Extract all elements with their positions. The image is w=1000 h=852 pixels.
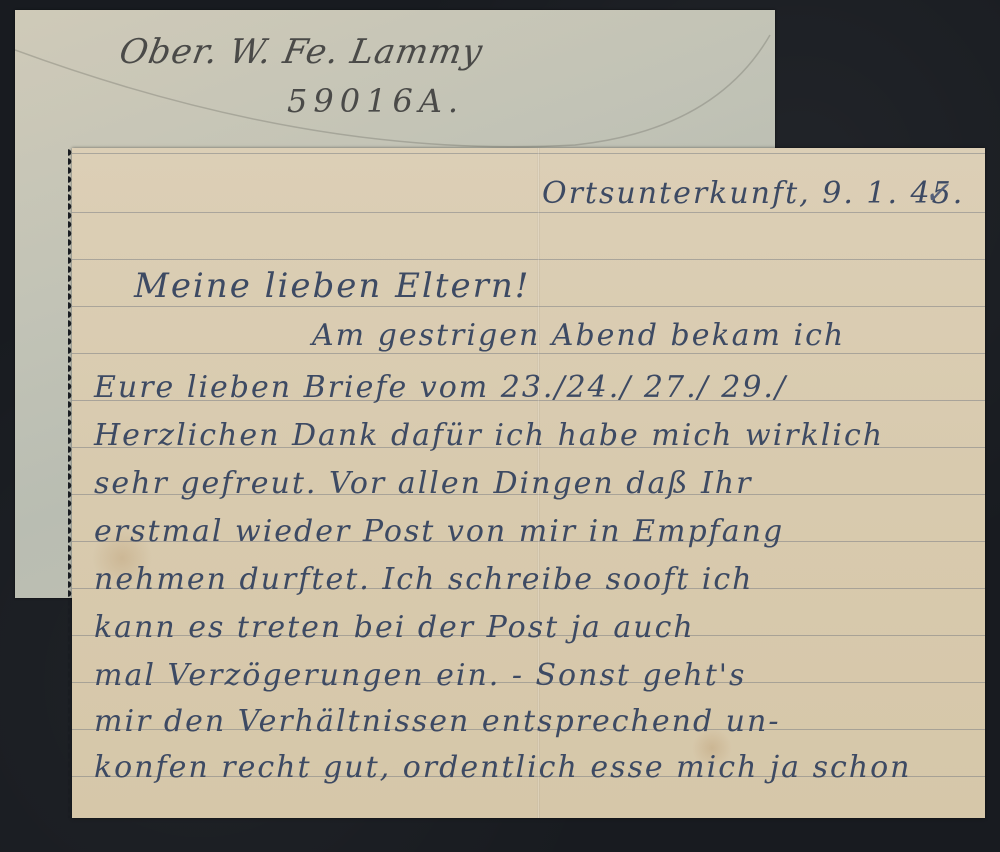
- envelope-address-name: Ober. W. Fe. Lammy: [116, 32, 486, 72]
- letter-salutation: Meine lieben Eltern!: [134, 266, 530, 306]
- envelope-field-post-number: 59016A.: [287, 82, 464, 120]
- letter-line: Herzlichen Dank dafür ich habe mich wirk…: [94, 418, 884, 453]
- letter-line: konfen recht gut, ordentlich esse mich j…: [94, 750, 912, 785]
- letter-line: erstmal wieder Post von mir in Empfang: [94, 514, 784, 549]
- letter-line: mal Verzögerungen ein. - Sonst geht's: [94, 658, 746, 693]
- letter-line: Eure lieben Briefe vom 23./24./ 27./ 29.…: [94, 370, 787, 405]
- perforated-edge: [68, 148, 76, 818]
- letter-line: nehmen durftet. Ich schreibe sooft ich: [94, 562, 754, 597]
- check-mark-icon: ✓: [924, 176, 951, 211]
- letter-line: kann es treten bei der Post ja auch: [94, 610, 695, 645]
- letter-line: sehr gefreut. Vor allen Dingen daß Ihr: [94, 466, 752, 501]
- letter-place-date: Ortsunterkunft, 9. 1. 45.: [542, 176, 964, 211]
- letter-line: Am gestrigen Abend bekam ich: [312, 318, 845, 353]
- handwritten-letter: Ortsunterkunft, 9. 1. 45. ✓ Meine lieben…: [72, 148, 985, 818]
- letter-line: mir den Verhältnissen entsprechend un-: [94, 704, 780, 739]
